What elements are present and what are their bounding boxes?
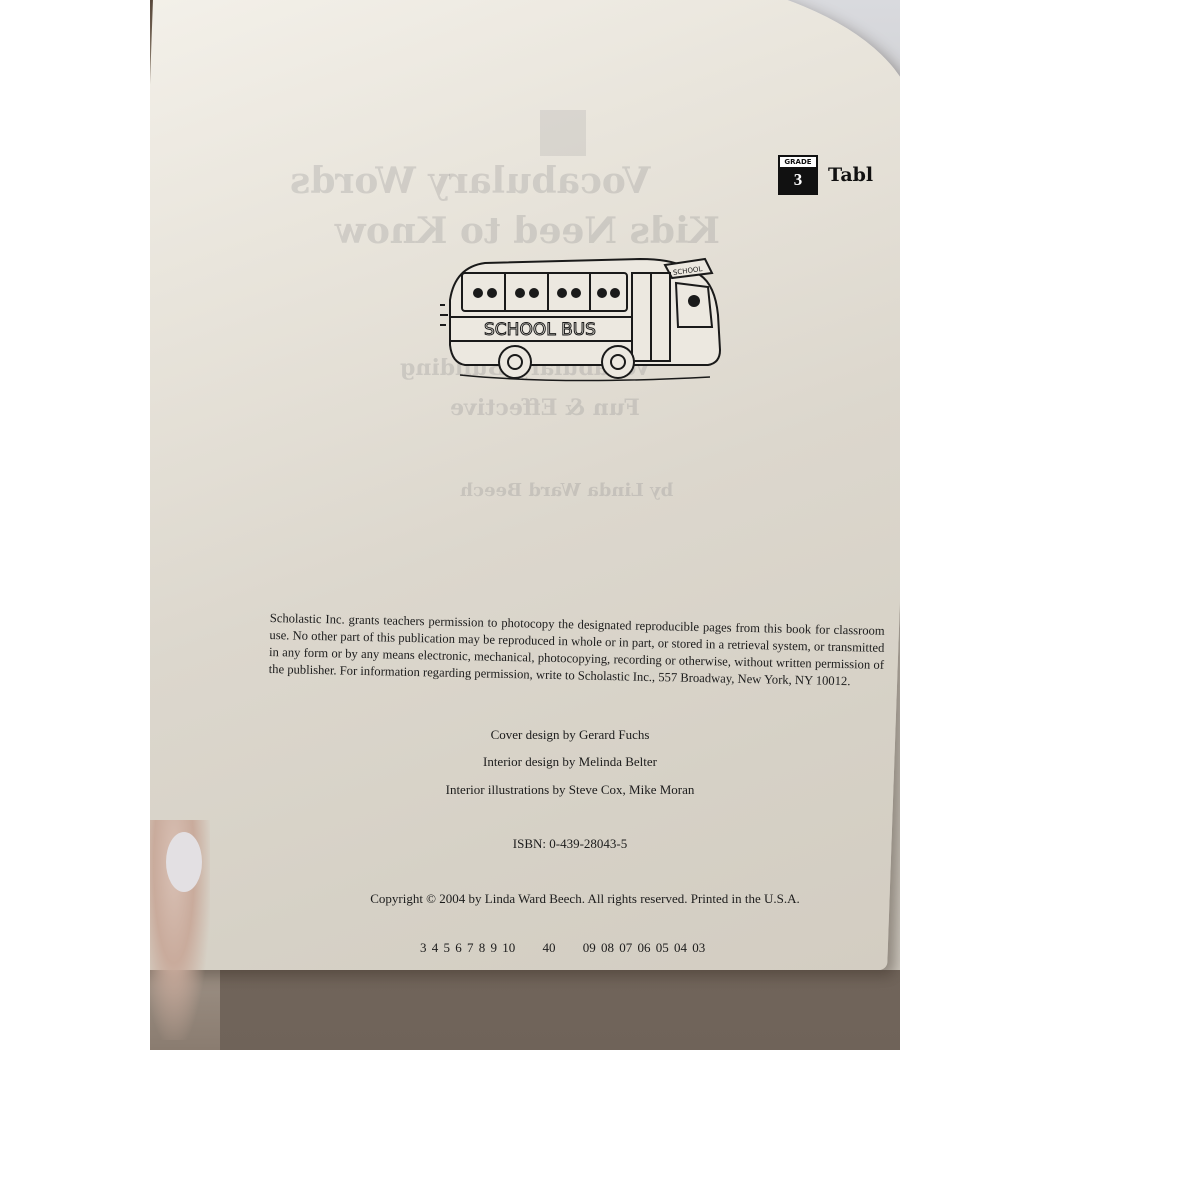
table-of-contents: Using the BooLesson 1:Lesson 2:Lesson 3:… (0, 0, 900, 1050)
white-margin-right (900, 0, 1200, 1200)
white-margin-bottom (0, 1050, 1200, 1200)
